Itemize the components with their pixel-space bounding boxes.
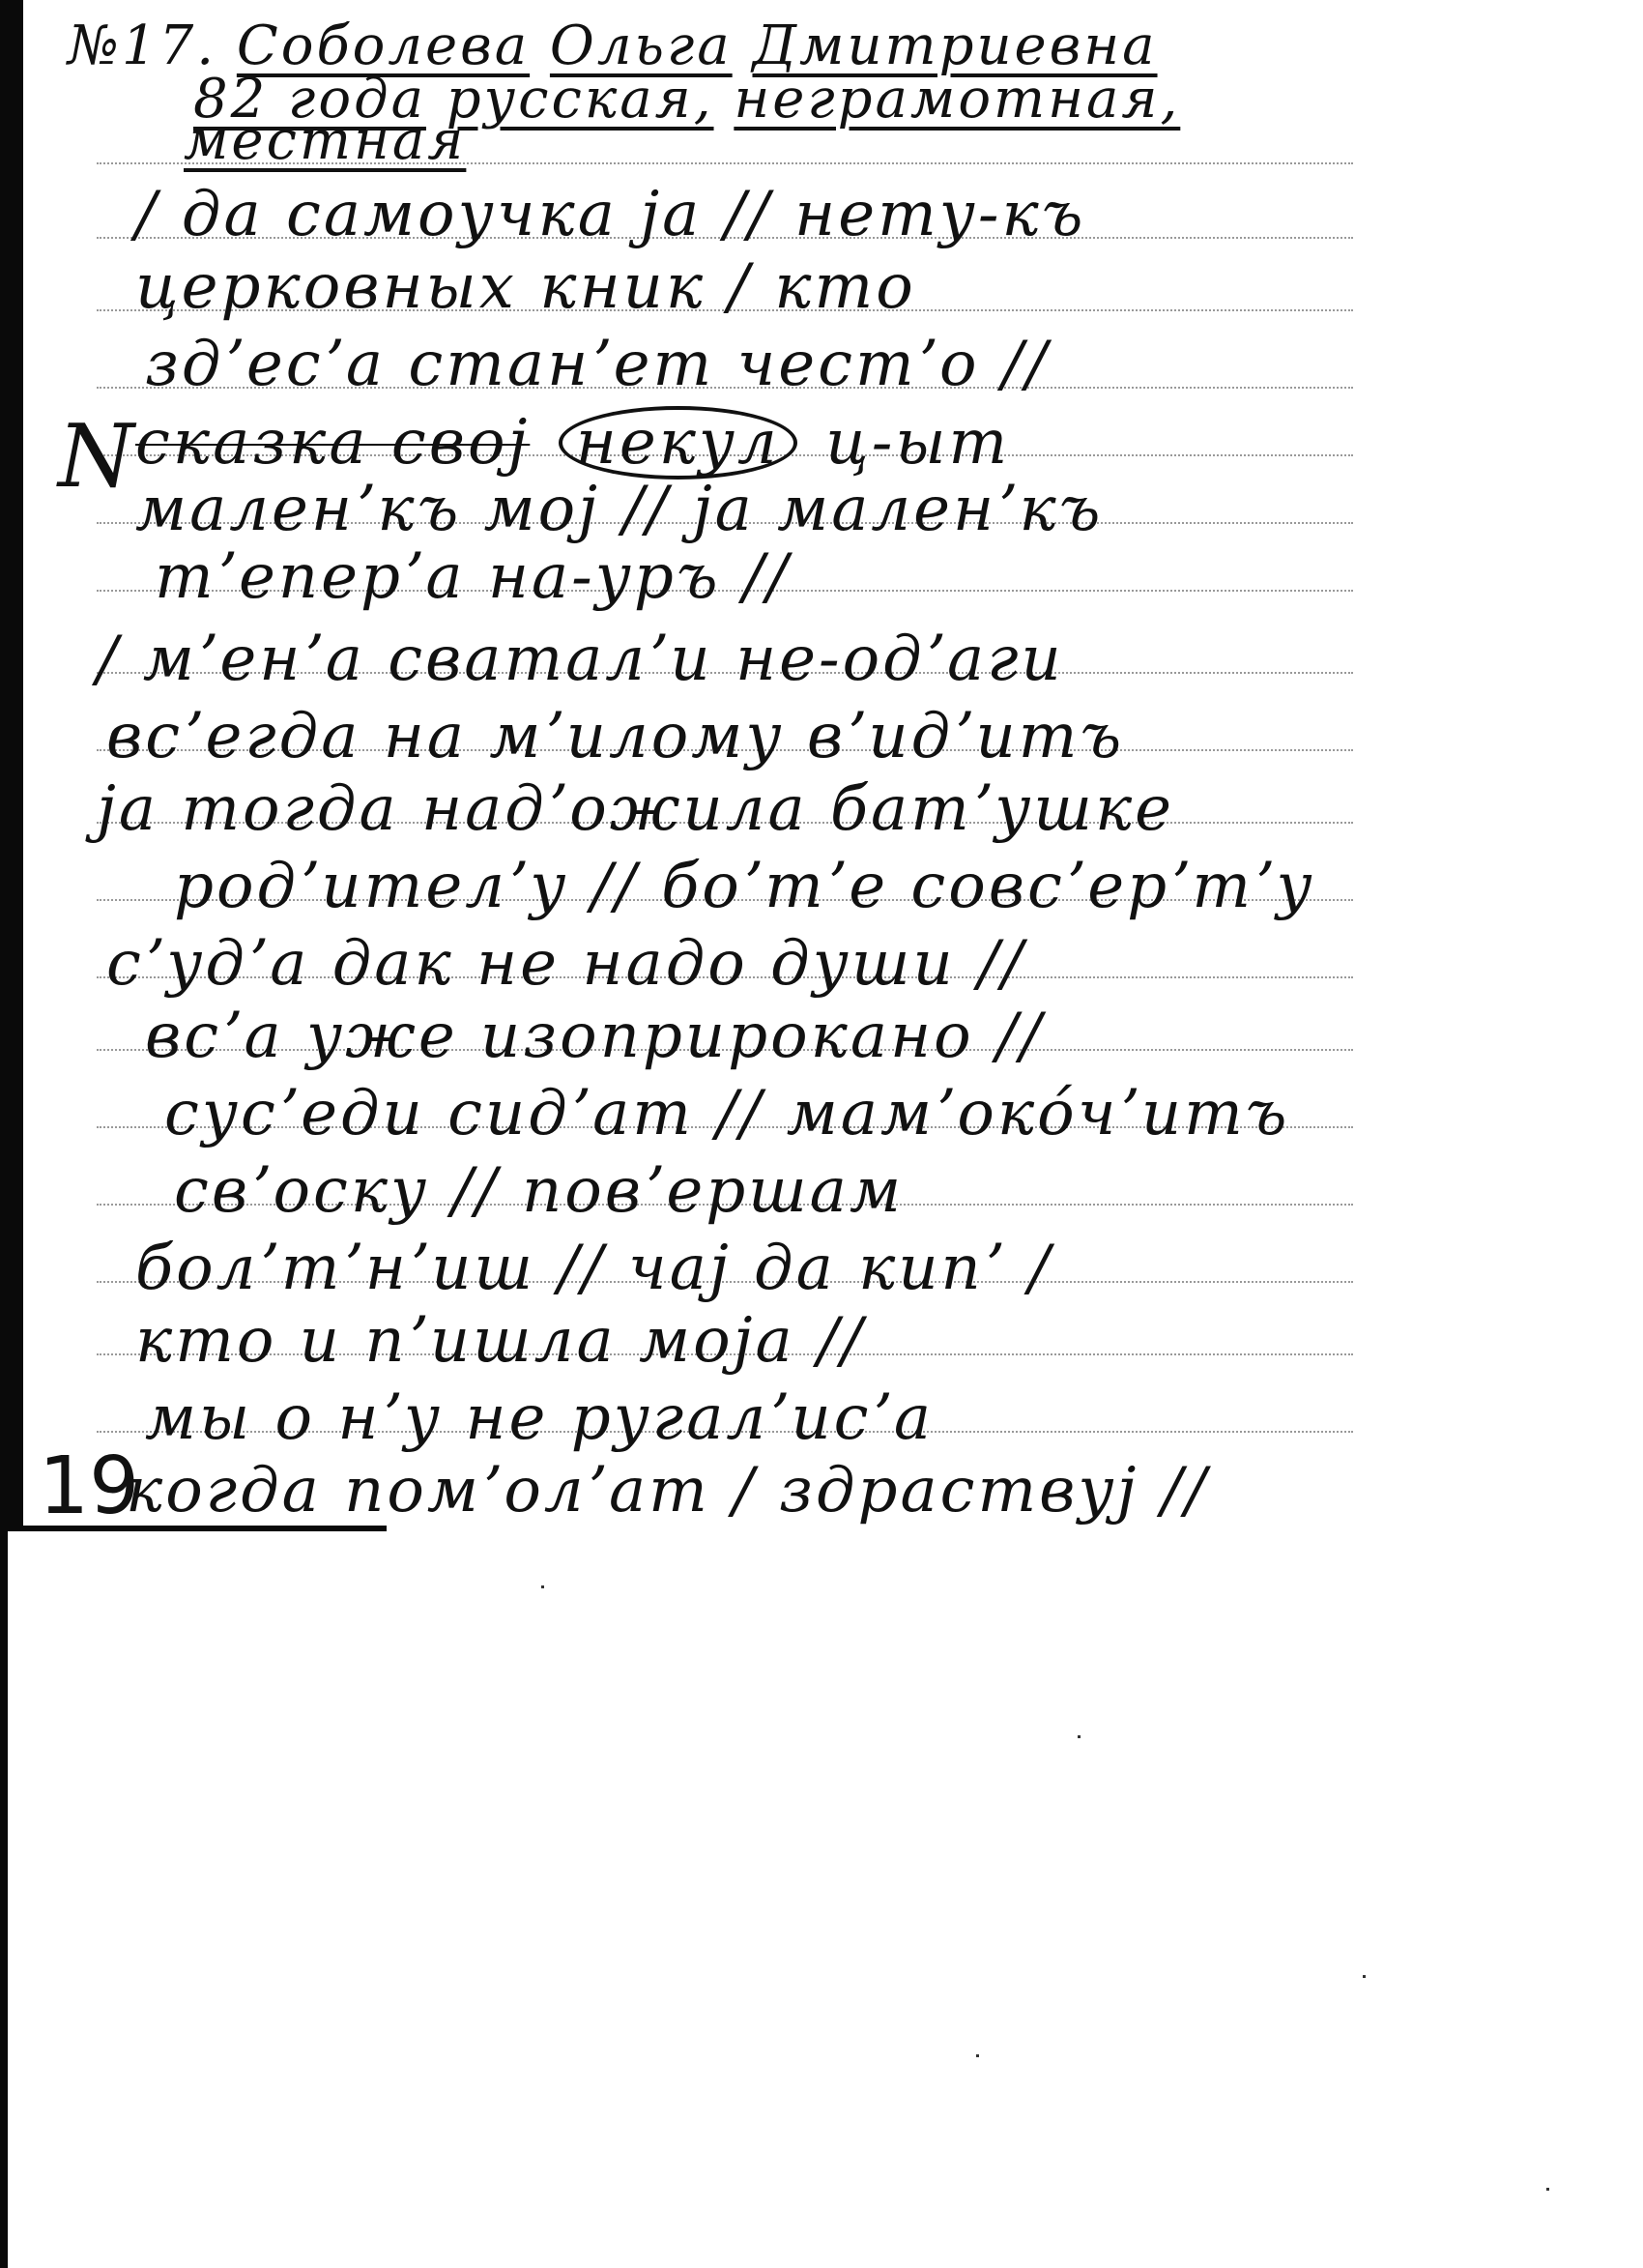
- struck-text: сказка свој: [135, 407, 530, 479]
- text-line: всʼегда на мʼилому вʼидʼитъ: [106, 706, 1124, 768]
- scan-speck: [976, 2054, 979, 2057]
- scan-left-border-lower: [0, 1527, 8, 2268]
- header-line-3: местная: [184, 114, 466, 168]
- text-line: церковных кник / кто: [135, 256, 916, 318]
- circled-word: некул: [559, 406, 797, 480]
- literacy: неграмотная,: [734, 68, 1180, 131]
- text-line: маленʼкъ мој // ја маленʼкъ: [135, 479, 1103, 540]
- text-line: / да самоучка ја // нету-къ: [135, 184, 1085, 246]
- text-line-with-circled-word: сказка свој некул ц-ыт: [135, 406, 1010, 480]
- text-line: тʼеперʼа на-уръ //: [155, 546, 791, 608]
- residence: местная: [184, 109, 466, 172]
- scan-speck: [1546, 2188, 1549, 2191]
- scan-speck: [1363, 1975, 1366, 1978]
- text-line: родʼителʼу // боʼтʼе совсʼерʼтʼу: [174, 856, 1315, 917]
- text-line: здʼесʼа станʼет честʼо //: [145, 334, 1050, 395]
- text-line: свʼоску // повʼершам: [174, 1160, 904, 1222]
- page-number: 19: [39, 1440, 139, 1532]
- scan-left-border: [0, 0, 23, 1527]
- scan-speck: [541, 1585, 544, 1588]
- text-line: болʼтʼнʼиш // чај да кипʼ /: [135, 1237, 1052, 1299]
- text-line: всʼа уже изоприрокано //: [145, 1005, 1044, 1067]
- ethnicity: русская,: [447, 68, 714, 131]
- text-line: / мʼенʼа сваталʼи не-одʼаги: [97, 628, 1064, 690]
- text-line: ја тогда надʼожила батʼушке: [97, 778, 1174, 840]
- margin-mark: N: [58, 406, 134, 508]
- line-tail: ц-ыт: [825, 407, 1010, 479]
- text-line: когда помʼолʼат / здраствуј //: [126, 1460, 1209, 1522]
- scan-speck: [1078, 1735, 1081, 1738]
- text-line: сусʼеди сидʼат // мамʼоко́чʼитъ: [164, 1083, 1289, 1145]
- text-line: мы о нʼу не ругалʼисʼа: [145, 1387, 934, 1449]
- header-line-1: №17. Соболева Ольга Дмитриевна: [68, 19, 1158, 73]
- text-line: кто и пʼишла моја //: [135, 1310, 865, 1372]
- text-line: сʼудʼа дак не надо души //: [106, 933, 1025, 995]
